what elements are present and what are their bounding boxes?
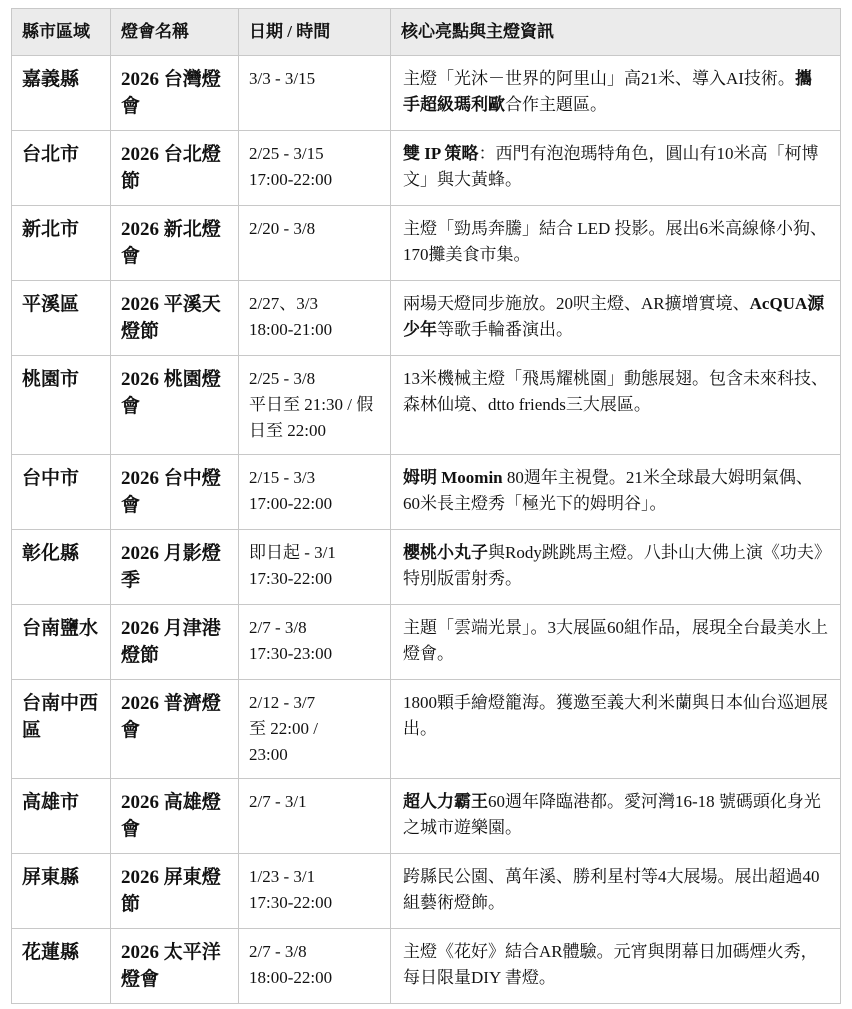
date-line: 2/7 - 3/8: [249, 942, 307, 961]
date-line: 23:00: [249, 745, 288, 764]
festival-name-cell: 2026 屏東燈節: [111, 854, 239, 929]
highlight-cell: 姆明 Moomin 80週年主視覺。21米全球最大姆明氣偶、60米長主燈秀「極光…: [391, 455, 841, 530]
region-cell: 彰化縣: [12, 530, 111, 605]
table-row: 彰化縣2026 月影燈季即日起 - 3/117:30-22:00櫻桃小丸子與Ro…: [12, 530, 841, 605]
column-header-3: 核心亮點與主燈資訊: [391, 9, 841, 56]
date-line: 2/7 - 3/8: [249, 618, 307, 637]
date-line: 2/27、3/3: [249, 294, 318, 313]
highlight-cell: 雙 IP 策略：西門有泡泡瑪特角色，圓山有10米高「柯博文」與大黃蜂。: [391, 131, 841, 206]
date-time-cell: 2/7 - 3/818:00-22:00: [239, 929, 391, 1004]
date-time-cell: 2/7 - 3/1: [239, 779, 391, 854]
festival-name-cell: 2026 桃園燈會: [111, 356, 239, 455]
festival-name-cell: 2026 月津港燈節: [111, 605, 239, 680]
date-line: 18:00-22:00: [249, 968, 332, 987]
date-line: 至 22:00 /: [249, 719, 318, 738]
highlight-text: 跨縣民公園、萬年溪、勝利星村等4大展場。展出超過40組藝術燈飾。: [403, 867, 820, 912]
table-row: 台南鹽水2026 月津港燈節2/7 - 3/817:30-23:00主題「雲端光…: [12, 605, 841, 680]
date-line: 2/25 - 3/15: [249, 144, 324, 163]
date-line: 17:30-22:00: [249, 569, 332, 588]
table-row: 屏東縣2026 屏東燈節1/23 - 3/117:30-22:00跨縣民公園、萬…: [12, 854, 841, 929]
region-cell: 台南中西區: [12, 680, 111, 779]
region-cell: 嘉義縣: [12, 56, 111, 131]
region-cell: 平溪區: [12, 281, 111, 356]
table-body: 嘉義縣2026 台灣燈會3/3 - 3/15主燈「光沐－世界的阿里山」高21米、…: [12, 56, 841, 1004]
highlight-bold-text: 姆明 Moomin: [403, 468, 503, 487]
date-time-cell: 2/25 - 3/1517:00-22:00: [239, 131, 391, 206]
highlight-text: 主燈《花好》結合AR體驗。元宵與閉幕日加碼煙火秀，每日限量DIY 書燈。: [403, 942, 818, 987]
date-time-cell: 即日起 - 3/117:30-22:00: [239, 530, 391, 605]
highlight-cell: 主題「雲端光景」。3大展區60組作品，展現全台最美水上燈會。: [391, 605, 841, 680]
date-line: 1/23 - 3/1: [249, 867, 315, 886]
date-time-cell: 2/15 - 3/317:00-22:00: [239, 455, 391, 530]
highlight-text: 等歌手輪番演出。: [437, 320, 573, 339]
festival-name-cell: 2026 台北燈節: [111, 131, 239, 206]
date-line: 即日起 - 3/1: [249, 543, 336, 562]
highlight-cell: 跨縣民公園、萬年溪、勝利星村等4大展場。展出超過40組藝術燈飾。: [391, 854, 841, 929]
date-line: 18:00-21:00: [249, 320, 332, 339]
region-cell: 桃園市: [12, 356, 111, 455]
table-row: 台中市2026 台中燈會2/15 - 3/317:00-22:00姆明 Moom…: [12, 455, 841, 530]
date-line: 2/12 - 3/7: [249, 693, 315, 712]
highlight-cell: 1800顆手繪燈籠海。獲邀至義大利米蘭與日本仙台巡迴展出。: [391, 680, 841, 779]
highlight-text: 13米機械主燈「飛馬耀桃園」動態展翅。包含未來科技、森林仙境、dtto frie…: [403, 369, 828, 414]
festival-name-cell: 2026 台中燈會: [111, 455, 239, 530]
region-cell: 台南鹽水: [12, 605, 111, 680]
region-cell: 高雄市: [12, 779, 111, 854]
highlight-text: 合作主題區。: [505, 95, 607, 114]
date-time-cell: 3/3 - 3/15: [239, 56, 391, 131]
table-header: 縣市區域燈會名稱日期 / 時間核心亮點與主燈資訊: [12, 9, 841, 56]
region-cell: 花蓮縣: [12, 929, 111, 1004]
table-row: 高雄市2026 高雄燈會2/7 - 3/1超人力霸王60週年降臨港都。愛河灣16…: [12, 779, 841, 854]
header-row: 縣市區域燈會名稱日期 / 時間核心亮點與主燈資訊: [12, 9, 841, 56]
lantern-festival-page: 縣市區域燈會名稱日期 / 時間核心亮點與主燈資訊 嘉義縣2026 台灣燈會3/3…: [0, 0, 852, 1009]
festival-name-cell: 2026 太平洋燈會: [111, 929, 239, 1004]
date-time-cell: 1/23 - 3/117:30-22:00: [239, 854, 391, 929]
date-time-cell: 2/25 - 3/8平日至 21:30 / 假日至 22:00: [239, 356, 391, 455]
festival-table: 縣市區域燈會名稱日期 / 時間核心亮點與主燈資訊 嘉義縣2026 台灣燈會3/3…: [11, 8, 841, 1004]
highlight-cell: 主燈「光沐－世界的阿里山」高21米、導入AI技術。攜手超級瑪利歐合作主題區。: [391, 56, 841, 131]
festival-name-cell: 2026 普濟燈會: [111, 680, 239, 779]
festival-name-cell: 2026 平溪天燈節: [111, 281, 239, 356]
highlight-text: 主題「雲端光景」。3大展區60組作品，展現全台最美水上燈會。: [403, 618, 828, 663]
date-time-cell: 2/7 - 3/817:30-23:00: [239, 605, 391, 680]
date-line: 17:00-22:00: [249, 494, 332, 513]
date-time-cell: 2/27、3/318:00-21:00: [239, 281, 391, 356]
date-line: 3/3 - 3/15: [249, 69, 315, 88]
table-row: 台南中西區2026 普濟燈會2/12 - 3/7至 22:00 /23:0018…: [12, 680, 841, 779]
region-cell: 屏東縣: [12, 854, 111, 929]
date-line: 日至 22:00: [249, 421, 326, 440]
highlight-text: 主燈「光沐－世界的阿里山」高21米、導入AI技術。: [403, 69, 795, 88]
date-line: 17:00-22:00: [249, 170, 332, 189]
region-cell: 台中市: [12, 455, 111, 530]
date-time-cell: 2/12 - 3/7至 22:00 /23:00: [239, 680, 391, 779]
highlight-cell: 兩場天燈同步施放。20呎主燈、AR擴增實境、AcQUA源少年等歌手輪番演出。: [391, 281, 841, 356]
festival-name-cell: 2026 台灣燈會: [111, 56, 239, 131]
highlight-cell: 主燈「勁馬奔騰」結合 LED 投影。展出6米高線條小狗、170攤美食市集。: [391, 206, 841, 281]
table-row: 新北市2026 新北燈會2/20 - 3/8主燈「勁馬奔騰」結合 LED 投影。…: [12, 206, 841, 281]
date-time-cell: 2/20 - 3/8: [239, 206, 391, 281]
festival-name-cell: 2026 高雄燈會: [111, 779, 239, 854]
highlight-cell: 主燈《花好》結合AR體驗。元宵與閉幕日加碼煙火秀，每日限量DIY 書燈。: [391, 929, 841, 1004]
date-line: 2/15 - 3/3: [249, 468, 315, 487]
region-cell: 新北市: [12, 206, 111, 281]
column-header-1: 燈會名稱: [111, 9, 239, 56]
date-line: 2/7 - 3/1: [249, 792, 307, 811]
region-cell: 台北市: [12, 131, 111, 206]
table-row: 花蓮縣2026 太平洋燈會2/7 - 3/818:00-22:00主燈《花好》結…: [12, 929, 841, 1004]
table-row: 平溪區2026 平溪天燈節2/27、3/318:00-21:00兩場天燈同步施放…: [12, 281, 841, 356]
table-row: 桃園市2026 桃園燈會2/25 - 3/8平日至 21:30 / 假日至 22…: [12, 356, 841, 455]
highlight-cell: 櫻桃小丸子與Rody跳跳馬主燈。八卦山大佛上演《功夫》特別版雷射秀。: [391, 530, 841, 605]
highlight-bold-text: 超人力霸王: [403, 792, 488, 811]
highlight-cell: 超人力霸王60週年降臨港都。愛河灣16-18 號碼頭化身光之城市遊樂園。: [391, 779, 841, 854]
highlight-text: 1800顆手繪燈籠海。獲邀至義大利米蘭與日本仙台巡迴展出。: [403, 693, 828, 738]
table-row: 台北市2026 台北燈節2/25 - 3/1517:00-22:00雙 IP 策…: [12, 131, 841, 206]
date-line: 平日至 21:30 / 假: [249, 395, 373, 414]
column-header-2: 日期 / 時間: [239, 9, 391, 56]
table-row: 嘉義縣2026 台灣燈會3/3 - 3/15主燈「光沐－世界的阿里山」高21米、…: [12, 56, 841, 131]
highlight-cell: 13米機械主燈「飛馬耀桃園」動態展翅。包含未來科技、森林仙境、dtto frie…: [391, 356, 841, 455]
date-line: 2/20 - 3/8: [249, 219, 315, 238]
highlight-bold-text: 櫻桃小丸子: [403, 543, 488, 562]
festival-name-cell: 2026 月影燈季: [111, 530, 239, 605]
festival-name-cell: 2026 新北燈會: [111, 206, 239, 281]
column-header-0: 縣市區域: [12, 9, 111, 56]
highlight-bold-text: 雙 IP 策略: [403, 144, 479, 163]
date-line: 17:30-23:00: [249, 644, 332, 663]
highlight-text: 主燈「勁馬奔騰」結合 LED 投影。展出6米高線條小狗、170攤美食市集。: [403, 219, 827, 264]
date-line: 2/25 - 3/8: [249, 369, 315, 388]
date-line: 17:30-22:00: [249, 893, 332, 912]
highlight-text: 兩場天燈同步施放。20呎主燈、AR擴增實境、: [403, 294, 750, 313]
